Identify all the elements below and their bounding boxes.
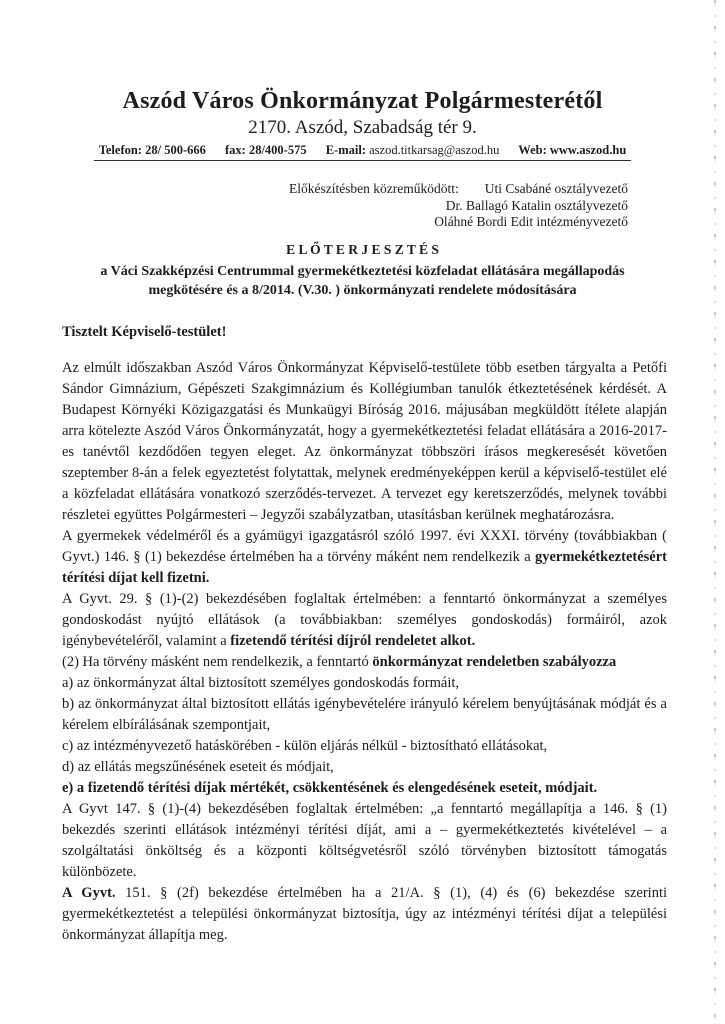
body-paragraph: A Gyvt 147. § (1)-(4) bekezdésében fogla…: [62, 799, 667, 883]
body-run-bold: A Gyvt.: [62, 885, 125, 901]
body-paragraph: d) az ellátás megszűnésének eseteit és m…: [62, 757, 667, 778]
contact-line: Telefon: 28/ 500-666 fax: 28/400-575 E-m…: [94, 143, 632, 161]
contributors-block: Előkészítésben közreműködött:Uti Csabáné…: [0, 181, 725, 231]
body-paragraph: b) az önkormányzat által biztosított ell…: [62, 694, 667, 736]
body-run: d) az ellátás megszűnésének eseteit és m…: [62, 759, 334, 775]
body-text: Az elmúlt időszakban Aszód Város Önkormá…: [62, 358, 667, 946]
web-label: Web:: [518, 143, 546, 157]
body-paragraph: a) az önkormányzat által biztosított sze…: [62, 673, 667, 694]
email-label: E-mail:: [326, 143, 366, 157]
salutation: Tisztelt Képviselő-testület!: [62, 324, 725, 341]
body-run: Az elmúlt időszakban Aszód Város Önkormá…: [62, 360, 667, 523]
body-paragraph: A Gyvt. 29. § (1)-(2) bekezdésében fogla…: [62, 589, 667, 652]
telefon-label: Telefon:: [99, 143, 142, 157]
contributors-label: Előkészítésben közreműködött:: [289, 181, 459, 196]
fax-value: 28/400-575: [249, 143, 307, 157]
contributor-name: Oláhné Bordi Edit intézményvezető: [0, 214, 628, 231]
telefon-segment: Telefon: 28/ 500-666: [99, 143, 206, 157]
document-page: Aszód Város Önkormányzat Polgármesterétő…: [0, 0, 725, 1024]
body-paragraph: c) az intézményvezető hatáskörében - kül…: [62, 736, 667, 757]
body-run-bold: e) a fizetendő térítési díjak mértékét, …: [62, 780, 597, 796]
letterhead: Aszód Város Önkormányzat Polgármesterétő…: [0, 88, 725, 161]
body-run: (2) Ha törvény másként nem rendelkezik, …: [62, 654, 372, 670]
scan-edge-artifact: [714, 0, 716, 1024]
body-paragraph: e) a fizetendő térítési díjak mértékét, …: [62, 778, 667, 799]
body-run: a) az önkormányzat által biztosított sze…: [62, 675, 459, 691]
body-paragraph: Az elmúlt időszakban Aszód Város Önkormá…: [62, 358, 667, 526]
contact-row: Telefon: 28/ 500-666 fax: 28/400-575 E-m…: [0, 141, 725, 161]
body-run: b) az önkormányzat által biztosított ell…: [62, 696, 667, 733]
fax-label: fax:: [225, 143, 246, 157]
org-address: 2170. Aszód, Szabadság tér 9.: [0, 117, 725, 139]
body-run: 151. § (2f) bekezdése értelmében ha a 21…: [62, 885, 667, 943]
body-run-bold: önkormányzat rendeletben szabályozza: [372, 654, 616, 670]
contributors-line: Előkészítésben közreműködött:Uti Csabáné…: [0, 181, 628, 198]
contributor-name: Dr. Ballagó Katalin osztályvezető: [0, 198, 628, 215]
telefon-value: 28/ 500-666: [145, 143, 206, 157]
contributor-name: Uti Csabáné osztályvezető: [485, 181, 628, 196]
email-segment: E-mail: aszod.titkarsag@aszod.hu: [326, 143, 500, 157]
subject-title: a Váci Szakképzési Centrummal gyermekétk…: [63, 262, 663, 300]
org-title: Aszód Város Önkormányzat Polgármesterétő…: [0, 88, 725, 114]
body-paragraph: (2) Ha törvény másként nem rendelkezik, …: [62, 652, 667, 673]
body-paragraph: A Gyvt. 151. § (2f) bekezdése értelmében…: [62, 883, 667, 946]
fax-segment: fax: 28/400-575: [225, 143, 307, 157]
body-paragraph: A gyermekek védelméről és a gyámügyi iga…: [62, 526, 667, 589]
document-type-heading: E L Ő T E R J E S Z T É S: [0, 242, 725, 258]
email-value: aszod.titkarsag@aszod.hu: [369, 143, 499, 157]
body-run-bold: fizetendő térítési díjról rendeletet alk…: [230, 633, 475, 649]
body-run: c) az intézményvezető hatáskörében - kül…: [62, 738, 547, 754]
web-value: www.aszod.hu: [550, 143, 626, 157]
body-run: A Gyvt 147. § (1)-(4) bekezdésében fogla…: [62, 801, 667, 880]
web-segment: Web: www.aszod.hu: [518, 143, 626, 157]
